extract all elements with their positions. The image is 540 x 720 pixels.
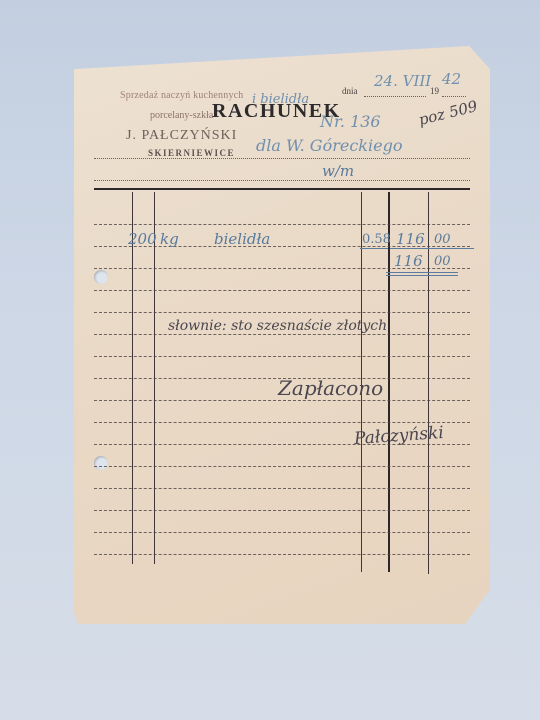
- row-line: [94, 312, 470, 313]
- top-note: i bielidła: [252, 92, 309, 107]
- punch-hole-bottom: [94, 456, 108, 470]
- seller-tagline-2: porcelany-szkła: [150, 110, 213, 121]
- item-amount-zl: 116: [396, 230, 425, 248]
- year-prefix: 19: [430, 86, 439, 96]
- price-underline: [360, 248, 388, 249]
- total-amount-gr: 00: [434, 254, 451, 269]
- buyer-name: dla W. Góreckiego: [256, 136, 402, 155]
- row-line: [94, 466, 470, 467]
- paid-note: Zapłacono: [278, 376, 383, 400]
- row-line: [94, 422, 470, 423]
- date-dotline: [364, 96, 426, 97]
- reference-note: poz 509: [417, 97, 480, 129]
- row-line: [94, 554, 470, 555]
- buyer-location: w/m: [322, 162, 354, 180]
- buyer-dotline-2: [94, 180, 470, 181]
- row-line: [94, 224, 470, 225]
- total-double-underline-2: [386, 275, 458, 276]
- row-line: [94, 488, 470, 489]
- buyer-dotline-1: [94, 158, 470, 159]
- item-unit-price: 0.58: [362, 232, 391, 247]
- row-line: [94, 356, 470, 357]
- row-line: [94, 510, 470, 511]
- table-top-border: [94, 188, 470, 190]
- item-amount-gr: 00: [434, 232, 451, 247]
- row-line: [94, 400, 470, 401]
- year-dotline: [442, 96, 466, 97]
- year-value: 42: [442, 70, 461, 88]
- item-unit: kg: [160, 230, 179, 248]
- invoice-number: Nr. 136: [320, 112, 381, 131]
- seller-name: J. PAŁCZYŃSKI: [126, 128, 237, 144]
- invoice-sheet: Sprzedaż naczyń kuchennych porcelany-szk…: [74, 46, 490, 624]
- column-divider-amount: [388, 192, 390, 572]
- row-line: [94, 290, 470, 291]
- date-label: dnia: [342, 86, 358, 96]
- date-value: 24. VIII: [374, 72, 431, 90]
- item-quantity: 200: [128, 230, 157, 248]
- seller-city: SKIERNIEWICE: [148, 148, 235, 158]
- row-line: [94, 532, 470, 533]
- punch-hole-top: [94, 270, 108, 284]
- amount-underline: [390, 248, 474, 249]
- amount-in-words: słownie: sto szesnaście złotych: [168, 318, 387, 334]
- column-divider-grosze: [428, 192, 429, 574]
- item-description: bielidła: [214, 230, 270, 248]
- total-amount-zl: 116: [394, 252, 423, 270]
- row-line: [94, 334, 470, 335]
- total-double-underline-1: [386, 272, 458, 273]
- signature: Pałczyński: [353, 423, 444, 449]
